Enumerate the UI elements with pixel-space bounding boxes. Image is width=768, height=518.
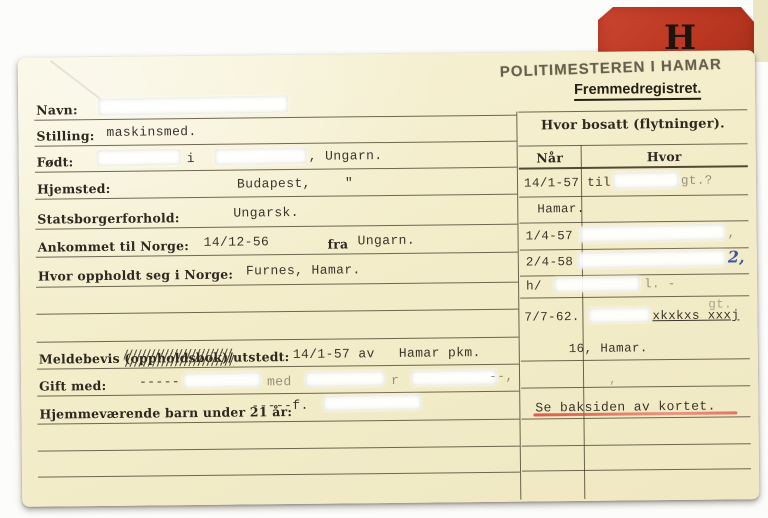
- field-gift-tail: --,: [489, 369, 514, 385]
- rule-line: [521, 416, 750, 419]
- scanned-registry-card-page: H POLITIMESTEREN I HAMAR Fremmedregistre…: [0, 0, 768, 518]
- field-meldebevis-office: Hamar pkm.: [399, 345, 481, 361]
- field-value-stilling: maskinsmed.: [106, 124, 196, 141]
- registry-card: POLITIMESTEREN I HAMAR Fremmedregistret.: [18, 50, 760, 507]
- bosatt-row7-place: 16, Hamar.: [569, 341, 648, 357]
- field-ankommet-conj: fra: [328, 236, 349, 251]
- bosatt-row4-date: 2/4-58: [526, 255, 574, 270]
- field-label-barn: Hjemmeværende barn under 21 år:: [39, 404, 292, 422]
- redaction-fodt-place: [215, 148, 307, 166]
- rule-line: [522, 443, 751, 446]
- rule-line: [38, 446, 520, 452]
- field-ankommet-country: Ungarn.: [358, 233, 416, 249]
- redaction-gift-2: [305, 371, 385, 387]
- rule-line: [35, 141, 517, 147]
- rule-line: [36, 309, 518, 315]
- paper-crease: [50, 60, 102, 100]
- bosatt-row1-tail: gt.?: [681, 174, 713, 189]
- rule-line: [522, 468, 751, 471]
- meldebevis-label-pre: Meldebevis: [39, 351, 125, 367]
- rule-line: [37, 391, 519, 397]
- bosatt-row1-date: 14/1-57 til: [524, 176, 611, 192]
- rule-line-heavy: [519, 165, 748, 169]
- field-value-hjemsted: Budapest,: [237, 176, 311, 192]
- redaction-gift-1: [183, 372, 261, 388]
- rule-line: [38, 472, 520, 478]
- field-label-gift: Gift med:: [39, 378, 106, 394]
- field-label-hjemsted: Hjemsted:: [37, 181, 111, 197]
- bosatt-row8-faint: ,: [609, 373, 617, 388]
- rule-line: [519, 220, 748, 223]
- field-gift-dashes: -----: [139, 374, 180, 390]
- column-divider: [516, 112, 521, 500]
- redaction-row3: [579, 224, 725, 243]
- redaction-navn: [98, 95, 288, 115]
- redaction-row6: [588, 307, 650, 323]
- bosatt-row6-struck-text: xkxkxs xxxj: [652, 308, 739, 324]
- field-ankommet-date: 14/12-56: [204, 234, 270, 250]
- field-label-navn: Navn:: [36, 102, 78, 117]
- bosatt-col-nar: Når: [519, 150, 581, 166]
- field-label-meldebevis: Meldebevis (oppholdsbok)/utstedt:: [39, 349, 290, 367]
- rule-line: [37, 337, 519, 343]
- redaction-row4: [578, 250, 726, 269]
- field-label-statsborgerforhold: Statsborgerforhold:: [37, 210, 179, 226]
- field-value-oppholdt: Furnes, Hamar.: [246, 262, 361, 279]
- field-gift-conj: med: [267, 374, 292, 390]
- bosatt-row6-date: 7/7-62.: [524, 310, 579, 326]
- field-fodt-country: , Ungarn.: [309, 148, 383, 164]
- bosatt-header: Hvor bosatt (flytninger).: [518, 116, 747, 134]
- rule-line: [519, 143, 748, 146]
- field-hjemsted-ditto: ": [345, 175, 353, 191]
- rule-line: [521, 385, 750, 388]
- rule-line: [518, 109, 747, 112]
- field-meldebevis-date: 14/1-57 av: [293, 346, 375, 362]
- redaction-gift-3: [411, 370, 497, 386]
- register-title: Fremmedregistret.: [574, 81, 702, 101]
- meldebevis-label-struck: (oppholdsbok)/: [124, 350, 233, 366]
- bosatt-row5-pre: h/: [526, 279, 542, 294]
- rule-line: [35, 167, 517, 173]
- field-fodt-conj: i: [187, 151, 195, 167]
- bosatt-row3-date: 1/4-57: [525, 229, 573, 244]
- redaction-row5: [554, 276, 640, 292]
- office-stamp: POLITIMESTEREN I HAMAR: [500, 55, 735, 80]
- redaction-row1: [613, 172, 679, 189]
- field-label-ankommet: Ankommet til Norge:: [38, 238, 190, 255]
- rule-line: [519, 194, 748, 197]
- field-label-stilling: Stilling:: [36, 128, 94, 144]
- bosatt-row2-place: Hamar.: [537, 202, 585, 217]
- card-behind-edge: [753, 0, 768, 62]
- bosatt-col-hvor: Hvor: [581, 148, 748, 165]
- field-label-oppholdt: Hvor oppholdt seg i Norge:: [38, 267, 233, 284]
- redaction-fodt-date: [97, 149, 181, 166]
- meldebevis-label-post: utstedt:: [233, 349, 290, 365]
- field-value-statsborgerforhold: Ungarsk.: [233, 205, 299, 221]
- bosatt-row3-tail: ,: [727, 226, 735, 241]
- bosatt-row5-tail: l. -: [644, 277, 676, 292]
- bosatt-row4-handwritten-note: 2,: [728, 247, 745, 266]
- rule-line: [521, 358, 750, 361]
- field-label-fodt: Født:: [37, 154, 74, 169]
- field-gift-fragment: r: [391, 373, 399, 389]
- redaction-barn: [323, 394, 421, 411]
